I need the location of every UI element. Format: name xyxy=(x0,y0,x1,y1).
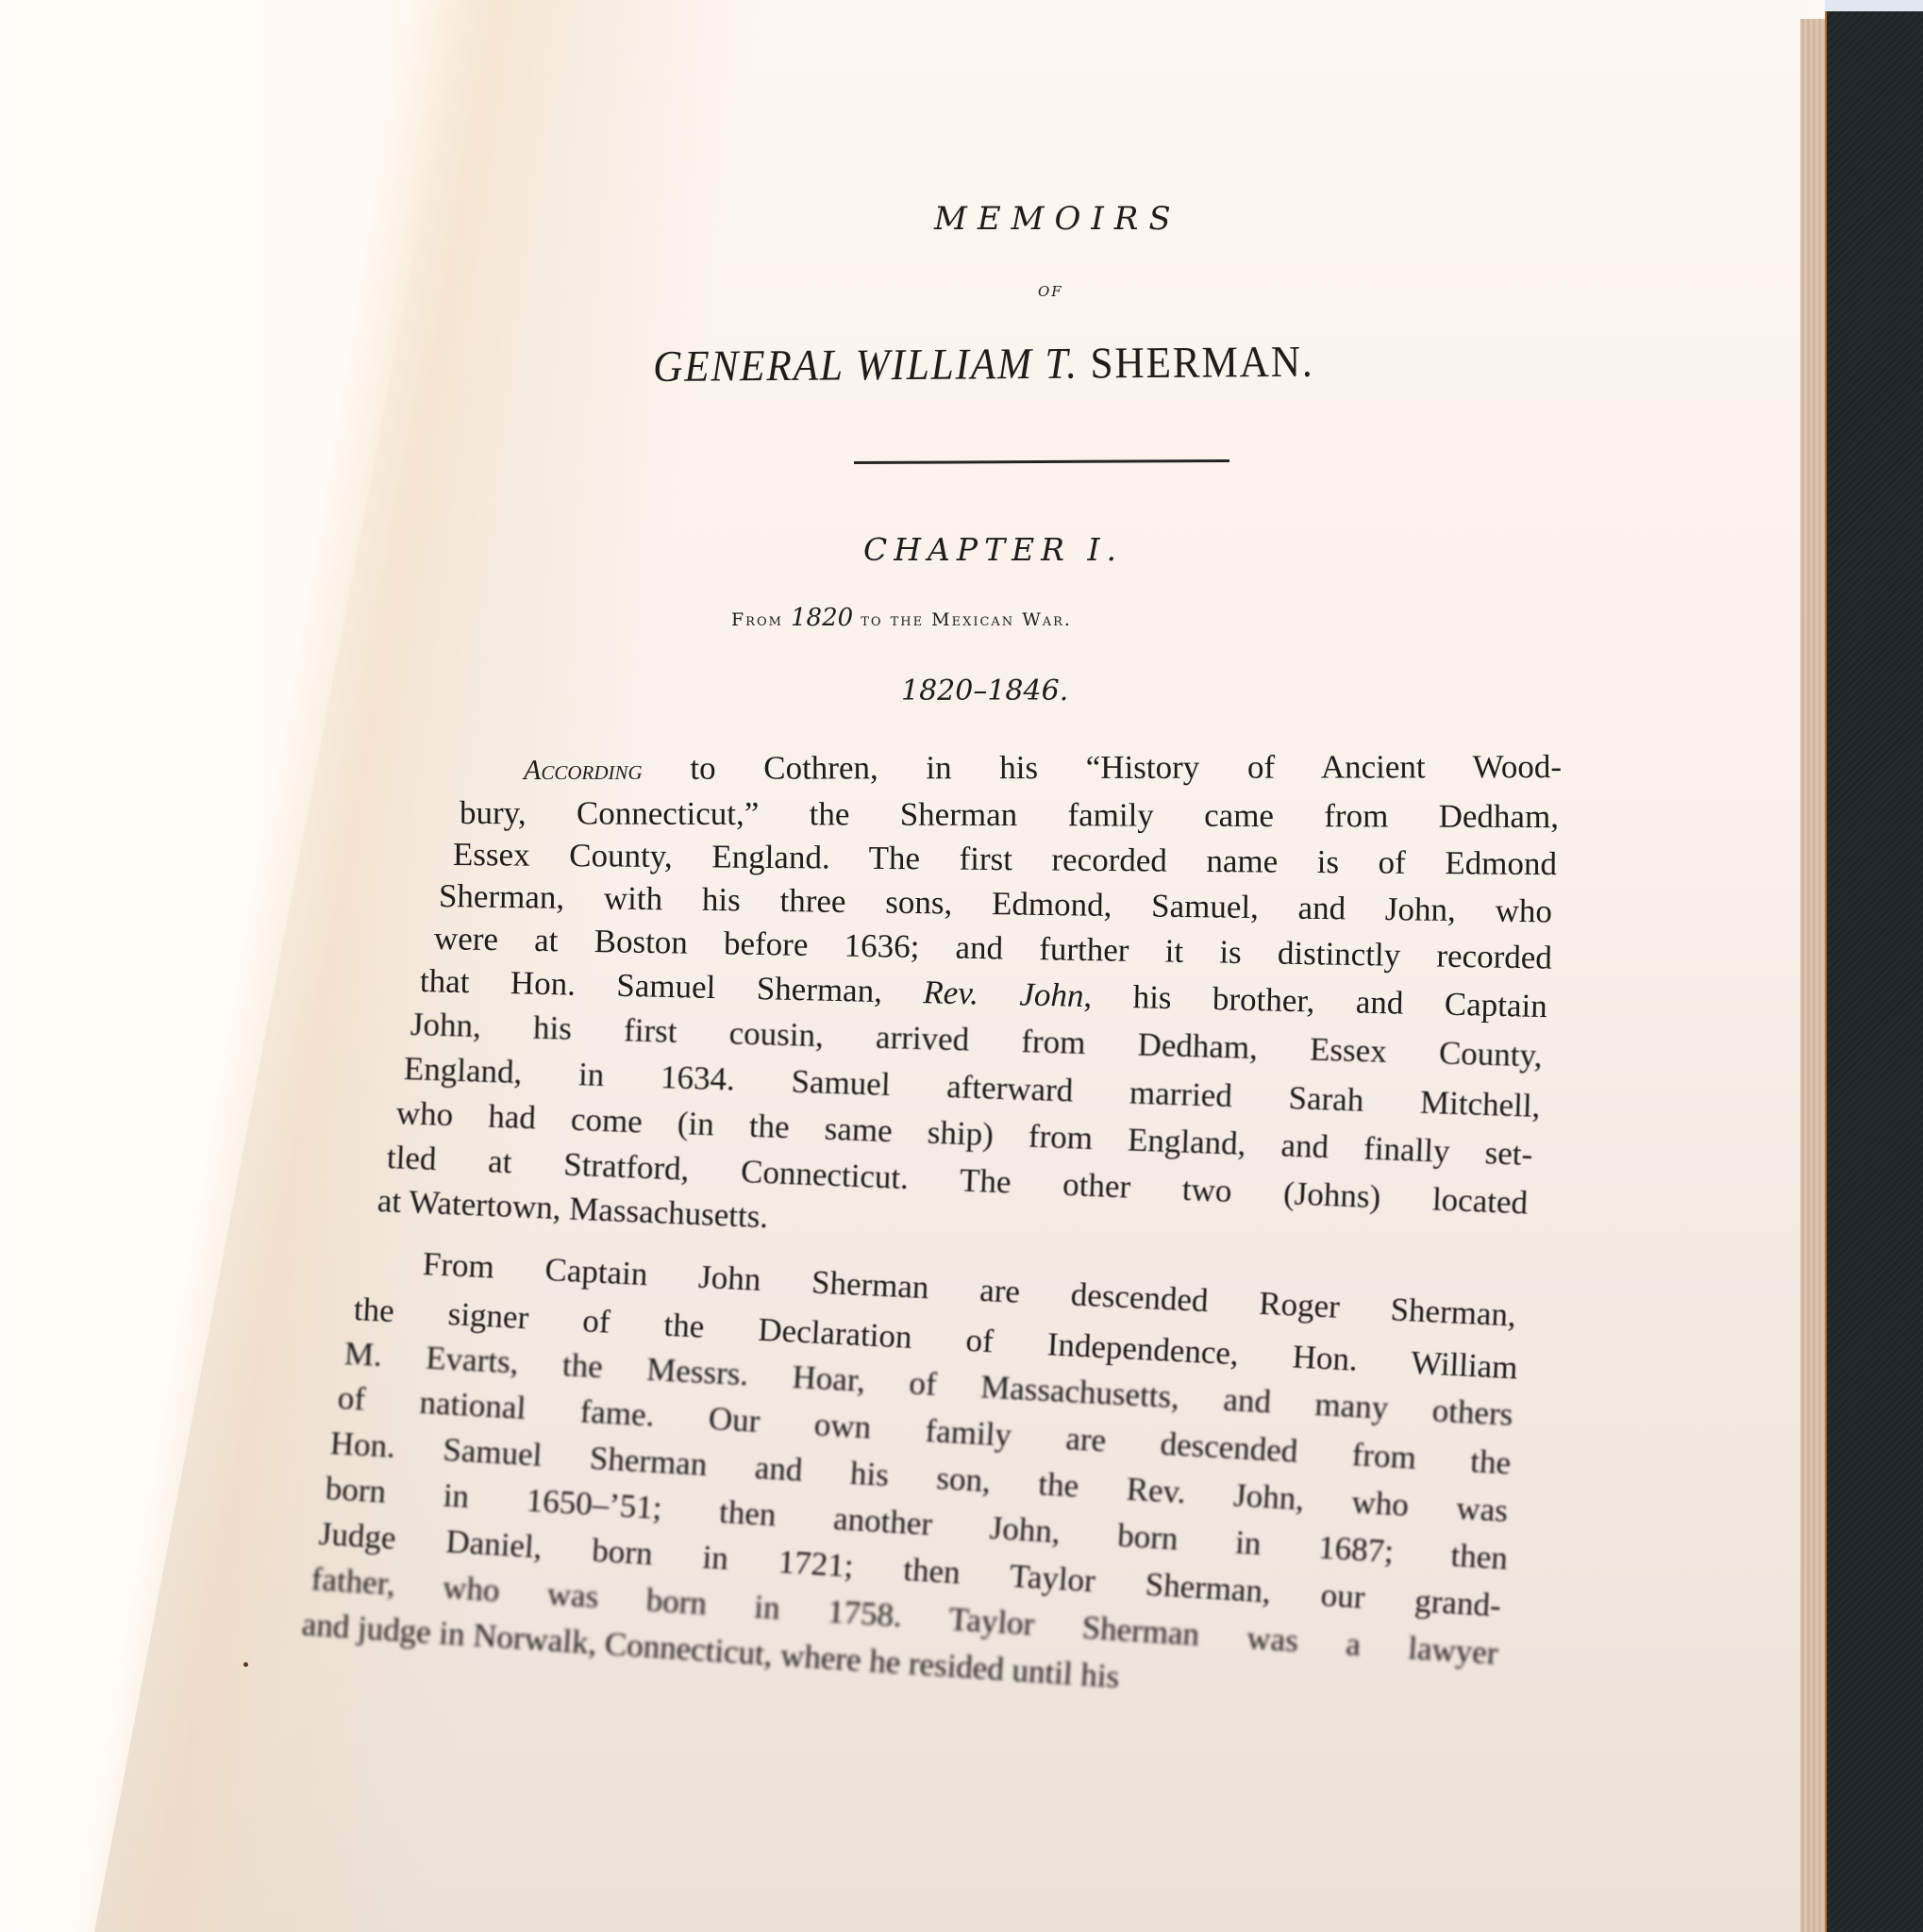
title-memoirs: MEMOIRS xyxy=(934,200,1181,238)
text-run: Essex County, England. The first recorde… xyxy=(453,836,1557,882)
title-divider-rule xyxy=(854,459,1229,464)
title-general-name: GENERAL WILLIAM T. SHERMAN. xyxy=(653,337,1314,392)
book-photo: MEMOIRS OF GENERAL WILLIAM T. SHERMAN. C… xyxy=(0,0,1923,1932)
chapter-years: 1820–1846. xyxy=(901,675,1068,708)
text-run: at Watertown, Massachusetts. xyxy=(376,1182,769,1235)
chapter-subtitle: From 1820 to the Mexican War. xyxy=(731,604,1072,632)
subtitle-pre: From xyxy=(731,609,783,630)
text-run: bury, Connecticut,” the Sherman family c… xyxy=(460,794,1559,835)
page-text: MEMOIRS OF GENERAL WILLIAM T. SHERMAN. C… xyxy=(0,0,1923,1932)
text-line: bury, Connecticut,” the Sherman family c… xyxy=(460,794,1559,836)
text-run: Rev. John xyxy=(923,974,1084,1014)
chapter-heading: CHAPTER I. xyxy=(863,531,1123,568)
text-run: Sherman, with his three sons, Edmond, Sa… xyxy=(439,877,1552,929)
subtitle-post: to the Mexican War. xyxy=(861,609,1072,630)
text-run: that Hon. Samuel Sherman, xyxy=(420,962,924,1010)
title-of: OF xyxy=(1038,283,1063,300)
text-run: to Cothren, in his “History of Ancient W… xyxy=(643,748,1562,787)
text-line: Essex County, England. The first recorde… xyxy=(453,836,1557,883)
text-line: According to Cothren, in his “History of… xyxy=(524,748,1562,788)
text-run: , his brother, and Captain xyxy=(1083,977,1547,1024)
subtitle-year: 1820 xyxy=(791,604,853,632)
dust-speck xyxy=(243,1662,248,1667)
title-name-part2: SHERMAN. xyxy=(1090,338,1313,389)
title-name-part1: GENERAL WILLIAM T. xyxy=(653,340,1079,391)
text-run: According xyxy=(524,755,643,786)
